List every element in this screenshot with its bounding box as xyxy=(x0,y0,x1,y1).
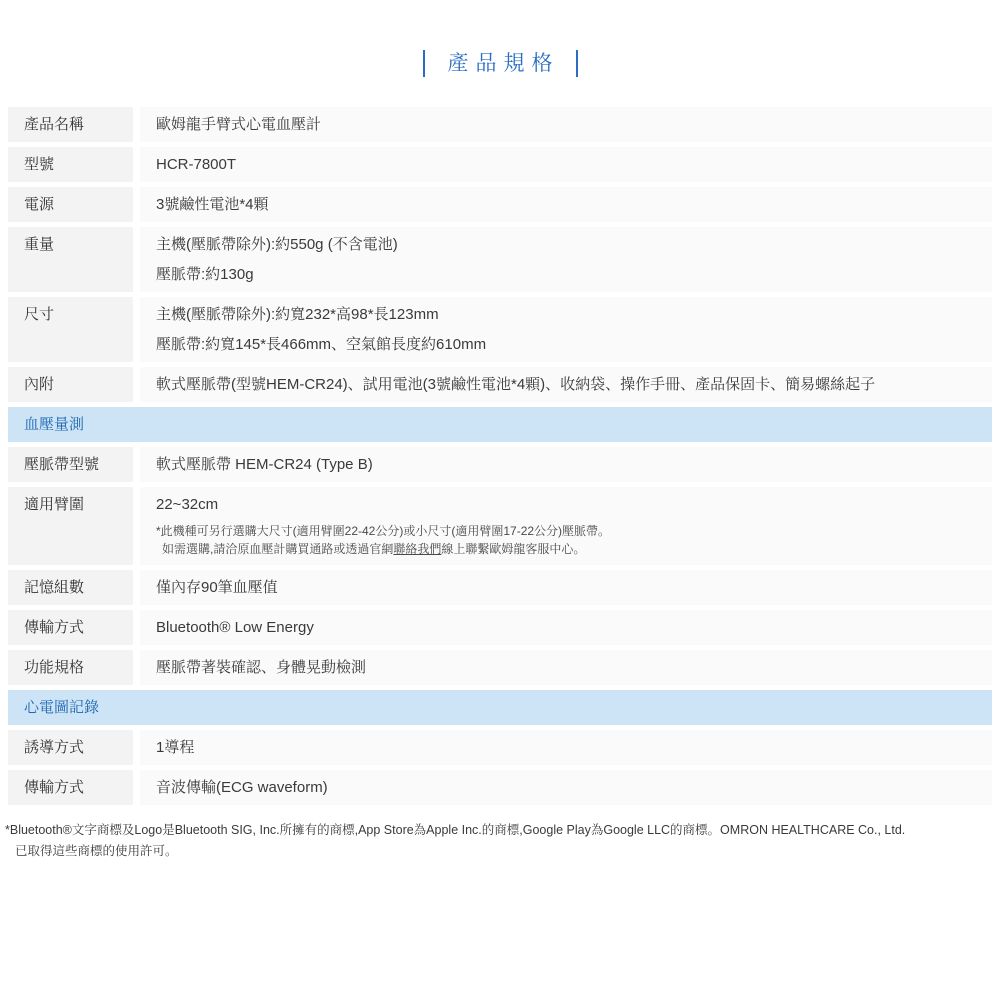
note-text: 線上聯繫歐姆龍客服中心。 xyxy=(441,542,585,556)
footnote-line-1: *Bluetooth®文字商標及Logo是Bluetooth SIG, Inc.… xyxy=(5,820,995,841)
spec-label: 內附 xyxy=(8,367,133,402)
section-label: 心電圖記錄 xyxy=(24,699,99,716)
spec-value: 軟式壓脈帶 HEM-CR24 (Type B) xyxy=(140,447,992,482)
column-gutter xyxy=(133,187,140,222)
table-row: 傳輸方式 Bluetooth® Low Energy xyxy=(8,610,992,645)
spec-value-line: 僅內存90筆血壓值 xyxy=(156,577,982,598)
spec-value: 22~32cm*此機種可另行選購大尺寸(適用臂圍22-42公分)或小尺寸(適用臂… xyxy=(140,487,992,565)
column-gutter xyxy=(133,447,140,482)
spec-table: 產品名稱 歐姆龍手臂式心電血壓計 型號 HCR-7800T 電源 3號鹼性電池*… xyxy=(8,107,992,805)
section-header: 血壓量測 xyxy=(8,407,992,442)
spec-value: 僅內存90筆血壓值 xyxy=(140,570,992,605)
table-row: 適用臂圍 22~32cm*此機種可另行選購大尺寸(適用臂圍22-42公分)或小尺… xyxy=(8,487,992,565)
spec-value-line: 壓脈帶:約130g xyxy=(156,264,982,285)
spec-value: 軟式壓脈帶(型號HEM-CR24)、試用電池(3號鹼性電池*4顆)、收納袋、操作… xyxy=(140,367,992,402)
spec-value: HCR-7800T xyxy=(140,147,992,182)
page-title-text: 產品規格 xyxy=(441,50,560,77)
column-gutter xyxy=(133,650,140,685)
table-row: 產品名稱 歐姆龍手臂式心電血壓計 xyxy=(8,107,992,142)
table-row: 誘導方式 1導程 xyxy=(8,730,992,765)
spec-value: 3號鹼性電池*4顆 xyxy=(140,187,992,222)
spec-value-line: HCR-7800T xyxy=(156,154,982,175)
table-row: 功能規格 壓脈帶著裝確認、身體晃動檢測 xyxy=(8,650,992,685)
table-row: 尺寸 主機(壓脈帶除外):約寬232*高98*長123mm壓脈帶:約寬145*長… xyxy=(8,297,992,362)
trademark-footnote: *Bluetooth®文字商標及Logo是Bluetooth SIG, Inc.… xyxy=(5,820,995,862)
spec-value: 音波傳輸(ECG waveform) xyxy=(140,770,992,805)
spec-value-line: 3號鹼性電池*4顆 xyxy=(156,194,982,215)
spec-label: 記憶組數 xyxy=(8,570,133,605)
spec-value-line: Bluetooth® Low Energy xyxy=(156,617,982,638)
column-gutter xyxy=(133,770,140,805)
spec-label: 型號 xyxy=(8,147,133,182)
spec-notes: *此機種可另行選購大尺寸(適用臂圍22-42公分)或小尺寸(適用臂圍17-22公… xyxy=(156,522,982,558)
section-header: 心電圖記錄 xyxy=(8,690,992,725)
spec-value-line: 壓脈帶著裝確認、身體晃動檢測 xyxy=(156,657,982,678)
spec-value-line: 主機(壓脈帶除外):約寬232*高98*長123mm xyxy=(156,304,982,325)
spec-value-line: 主機(壓脈帶除外):約550g (不含電池) xyxy=(156,234,982,255)
spec-note-line: 如需選購,請洽原血壓計購買通路或透過官網聯絡我們線上聯繫歐姆龍客服中心。 xyxy=(156,540,982,558)
spec-label: 產品名稱 xyxy=(8,107,133,142)
column-gutter xyxy=(133,297,140,362)
spec-label: 壓脈帶型號 xyxy=(8,447,133,482)
spec-value-line: 軟式壓脈帶(型號HEM-CR24)、試用電池(3號鹼性電池*4顆)、收納袋、操作… xyxy=(156,374,982,395)
spec-label: 傳輸方式 xyxy=(8,770,133,805)
column-gutter xyxy=(133,730,140,765)
spec-value-line: 歐姆龍手臂式心電血壓計 xyxy=(156,114,982,135)
spec-value: 主機(壓脈帶除外):約寬232*高98*長123mm壓脈帶:約寬145*長466… xyxy=(140,297,992,362)
spec-label: 尺寸 xyxy=(8,297,133,362)
spec-value-line: 音波傳輸(ECG waveform) xyxy=(156,777,982,798)
spec-value-line: 1導程 xyxy=(156,737,982,758)
column-gutter xyxy=(133,227,140,292)
table-row: 電源 3號鹼性電池*4顆 xyxy=(8,187,992,222)
spec-label: 功能規格 xyxy=(8,650,133,685)
table-row: 重量 主機(壓脈帶除外):約550g (不含電池)壓脈帶:約130g xyxy=(8,227,992,292)
column-gutter xyxy=(133,487,140,565)
column-gutter xyxy=(133,107,140,142)
spec-value-line: 22~32cm xyxy=(156,494,982,515)
column-gutter xyxy=(133,147,140,182)
spec-value: 主機(壓脈帶除外):約550g (不含電池)壓脈帶:約130g xyxy=(140,227,992,292)
spec-value: 1導程 xyxy=(140,730,992,765)
spec-value-line: 壓脈帶:約寬145*長466mm、空氣館長度約610mm xyxy=(156,334,982,355)
table-row: 傳輸方式 音波傳輸(ECG waveform) xyxy=(8,770,992,805)
section-label: 血壓量測 xyxy=(24,416,84,433)
spec-value: Bluetooth® Low Energy xyxy=(140,610,992,645)
spec-label: 重量 xyxy=(8,227,133,292)
column-gutter xyxy=(133,367,140,402)
table-row: 內附 軟式壓脈帶(型號HEM-CR24)、試用電池(3號鹼性電池*4顆)、收納袋… xyxy=(8,367,992,402)
table-row: 壓脈帶型號 軟式壓脈帶 HEM-CR24 (Type B) xyxy=(8,447,992,482)
column-gutter xyxy=(133,610,140,645)
spec-note-line: *此機種可另行選購大尺寸(適用臂圍22-42公分)或小尺寸(適用臂圍17-22公… xyxy=(156,522,982,540)
spec-label: 傳輸方式 xyxy=(8,610,133,645)
column-gutter xyxy=(133,570,140,605)
note-text: 如需選購,請洽原血壓計購買通路或透過官網 xyxy=(162,542,393,556)
spec-label: 誘導方式 xyxy=(8,730,133,765)
spec-label: 電源 xyxy=(8,187,133,222)
title-right-bar-icon xyxy=(576,50,578,77)
contact-us-link[interactable]: 聯絡我們 xyxy=(393,542,441,556)
page-title: 產品規格 xyxy=(0,0,1000,77)
table-row: 記憶組數 僅內存90筆血壓值 xyxy=(8,570,992,605)
spec-label: 適用臂圍 xyxy=(8,487,133,565)
table-row: 型號 HCR-7800T xyxy=(8,147,992,182)
title-left-bar-icon xyxy=(423,50,425,77)
spec-value: 歐姆龍手臂式心電血壓計 xyxy=(140,107,992,142)
spec-value: 壓脈帶著裝確認、身體晃動檢測 xyxy=(140,650,992,685)
footnote-line-2: 已取得這些商標的使用許可。 xyxy=(15,841,995,862)
spec-value-line: 軟式壓脈帶 HEM-CR24 (Type B) xyxy=(156,454,982,475)
